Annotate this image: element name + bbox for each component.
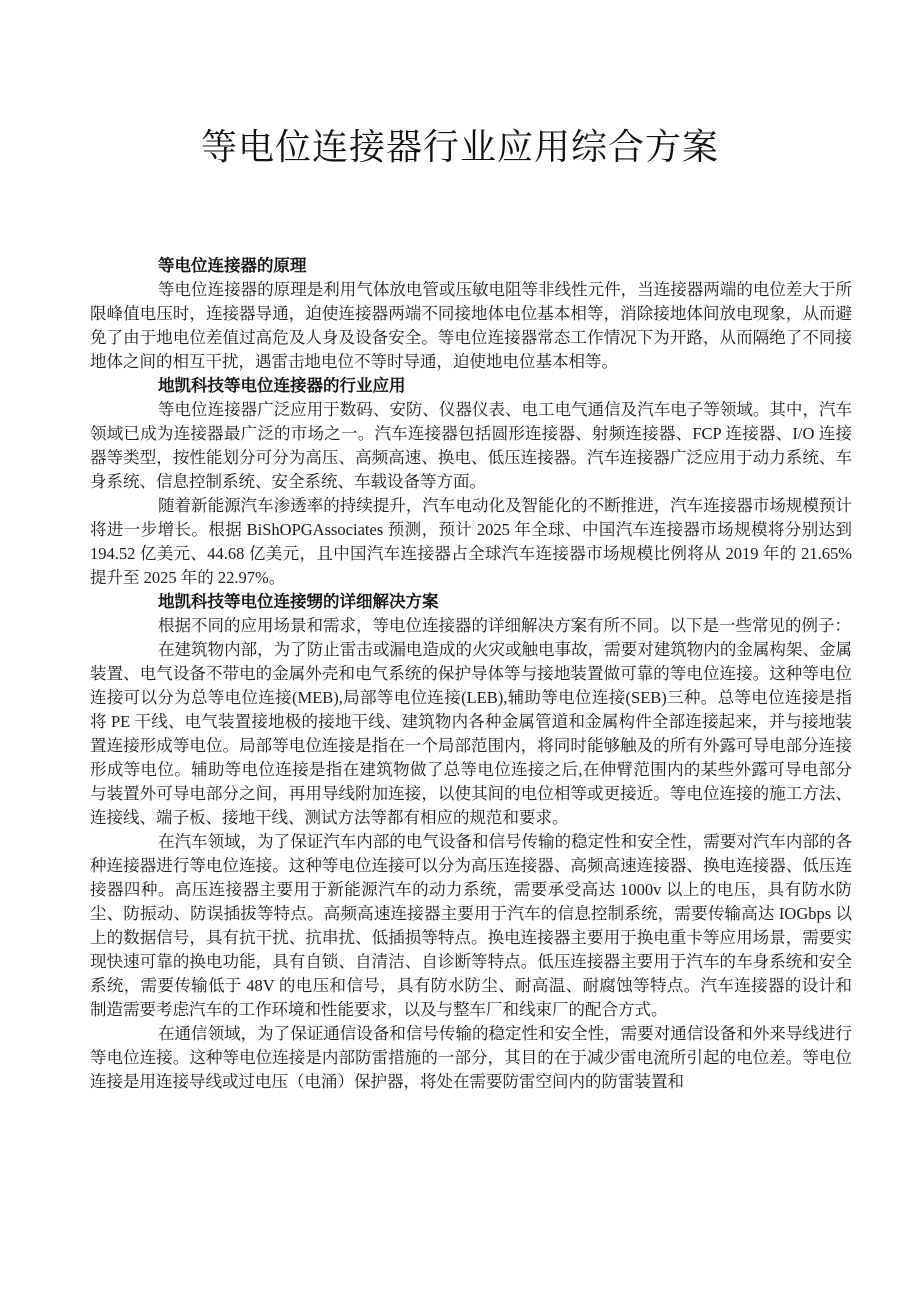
section-heading-principle: 等电位连接器的原理 xyxy=(90,254,852,278)
document-body: 等电位连接器的原理 等电位连接器的原理是利用气体放电管或压敏电阻等非线性元件，当… xyxy=(90,254,852,1094)
section-heading-detailed-solutions: 地凯科技等电位连接甥的详细解决方案 xyxy=(90,590,852,614)
paragraph-application-fields: 等电位连接器广泛应用于数码、安防、仪器仪表、电工电气通信及汽车电子等领域。其中，… xyxy=(90,398,852,494)
section-heading-industry-application: 地凯科技等电位连接器的行业应用 xyxy=(90,374,852,398)
paragraph-building-bonding: 在建筑物内部，为了防止雷击或漏电造成的火灾或触电事故，需要对建筑物内的金属构架、… xyxy=(90,638,852,830)
paragraph-solutions-intro: 根据不同的应用场景和需求，等电位连接器的详细解决方案有所不同。以下是一些常见的例… xyxy=(90,614,852,638)
paragraph-automotive-bonding: 在汽车领域，为了保证汽车内部的电气设备和信号传输的稳定性和安全性，需要对汽车内部… xyxy=(90,830,852,1022)
paragraph-principle: 等电位连接器的原理是利用气体放电管或压敏电阻等非线性元件，当连接器两端的电位差大… xyxy=(90,278,852,374)
paragraph-telecom-bonding: 在通信领域，为了保证通信设备和信号传输的稳定性和安全性，需要对通信设备和外来导线… xyxy=(90,1022,852,1094)
document-title: 等电位连接器行业应用综合方案 xyxy=(0,124,920,170)
document-page: 等电位连接器行业应用综合方案 等电位连接器的原理 等电位连接器的原理是利用气体放… xyxy=(0,0,920,1301)
paragraph-market-forecast: 随着新能源汽车渗透率的持续提升，汽车电动化及智能化的不断推进，汽车连接器市场规模… xyxy=(90,494,852,590)
